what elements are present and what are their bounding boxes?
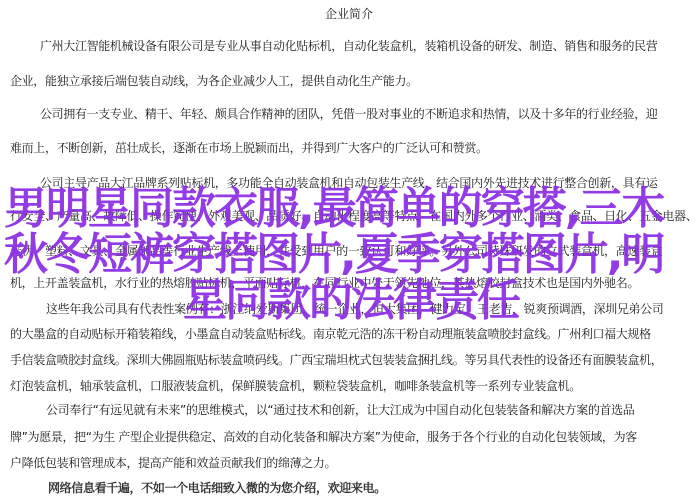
watermark-overlay: 男明星同款衣服,最简单的穿搭,三木 秋冬短裤穿搭图片,夏季穿搭图片,明 星同款的…	[4, 186, 698, 324]
paragraph-line: 灯泡装盒机，轴承装盒机，口服液装盒机，保鲜膜装盒机，颗粒袋装盒机，咖啡条装盒机等…	[10, 378, 690, 394]
paragraph-line: 公司奉行“有远见就有未来”的思维模式，以“通过技术和创新，让大江成为中国自动化包…	[46, 402, 690, 418]
paragraph-line: 难而上，不断创新，茁壮成长，逐渐在市场上脱颖而出，并得到广大客户的广泛认可和赞赏…	[10, 140, 690, 156]
paragraph-line: 的大墨盒的自动贴标开箱装箱线，小墨盒自动装盒贴标线。南京乾元浩的冻干粉自动理瓶装…	[10, 326, 690, 342]
paragraph-line: 企业，能独立承接后端包装自动线，为各企业减少人工，提供自动化生产能力。	[10, 73, 690, 89]
paragraph-line: 广州大江智能机械设备有限公司是专业从事自动化贴标机，自动化装盒机，装箱机设备的研…	[40, 38, 690, 54]
paragraph-line: 牌”为愿景，把“为生 产型企业提供稳定、高效的自动化装备和解决方案”为使命，服务…	[10, 429, 690, 445]
page-title: 企业简介	[0, 6, 698, 22]
watermark-line: 男明星同款衣服,最简单的穿搭,三木	[4, 186, 698, 232]
contact-callout: 网络信息看千遍，不如一个电话细致入微的为您介绍，欢迎来电。	[48, 480, 698, 496]
paragraph-line: 户降低包装和管理成本，提高产能和效益贡献我们的绵薄之力。	[10, 455, 690, 471]
paragraph-line: 手信装盒喷胶封盒线。深圳大佛圆瓶贴标装盒喷码线。广西宝瑞坦枕式包装装盒捆扎线。等…	[10, 352, 690, 368]
watermark-line: 星同款的法律责任	[4, 278, 698, 324]
watermark-line: 秋冬短裤穿搭图片,夏季穿搭图片,明	[4, 232, 698, 278]
paragraph-line: 公司拥有一支专业、精干、年轻、颇具合作精神的团队，凭借一股对事业的不断追求和热情…	[40, 106, 690, 122]
